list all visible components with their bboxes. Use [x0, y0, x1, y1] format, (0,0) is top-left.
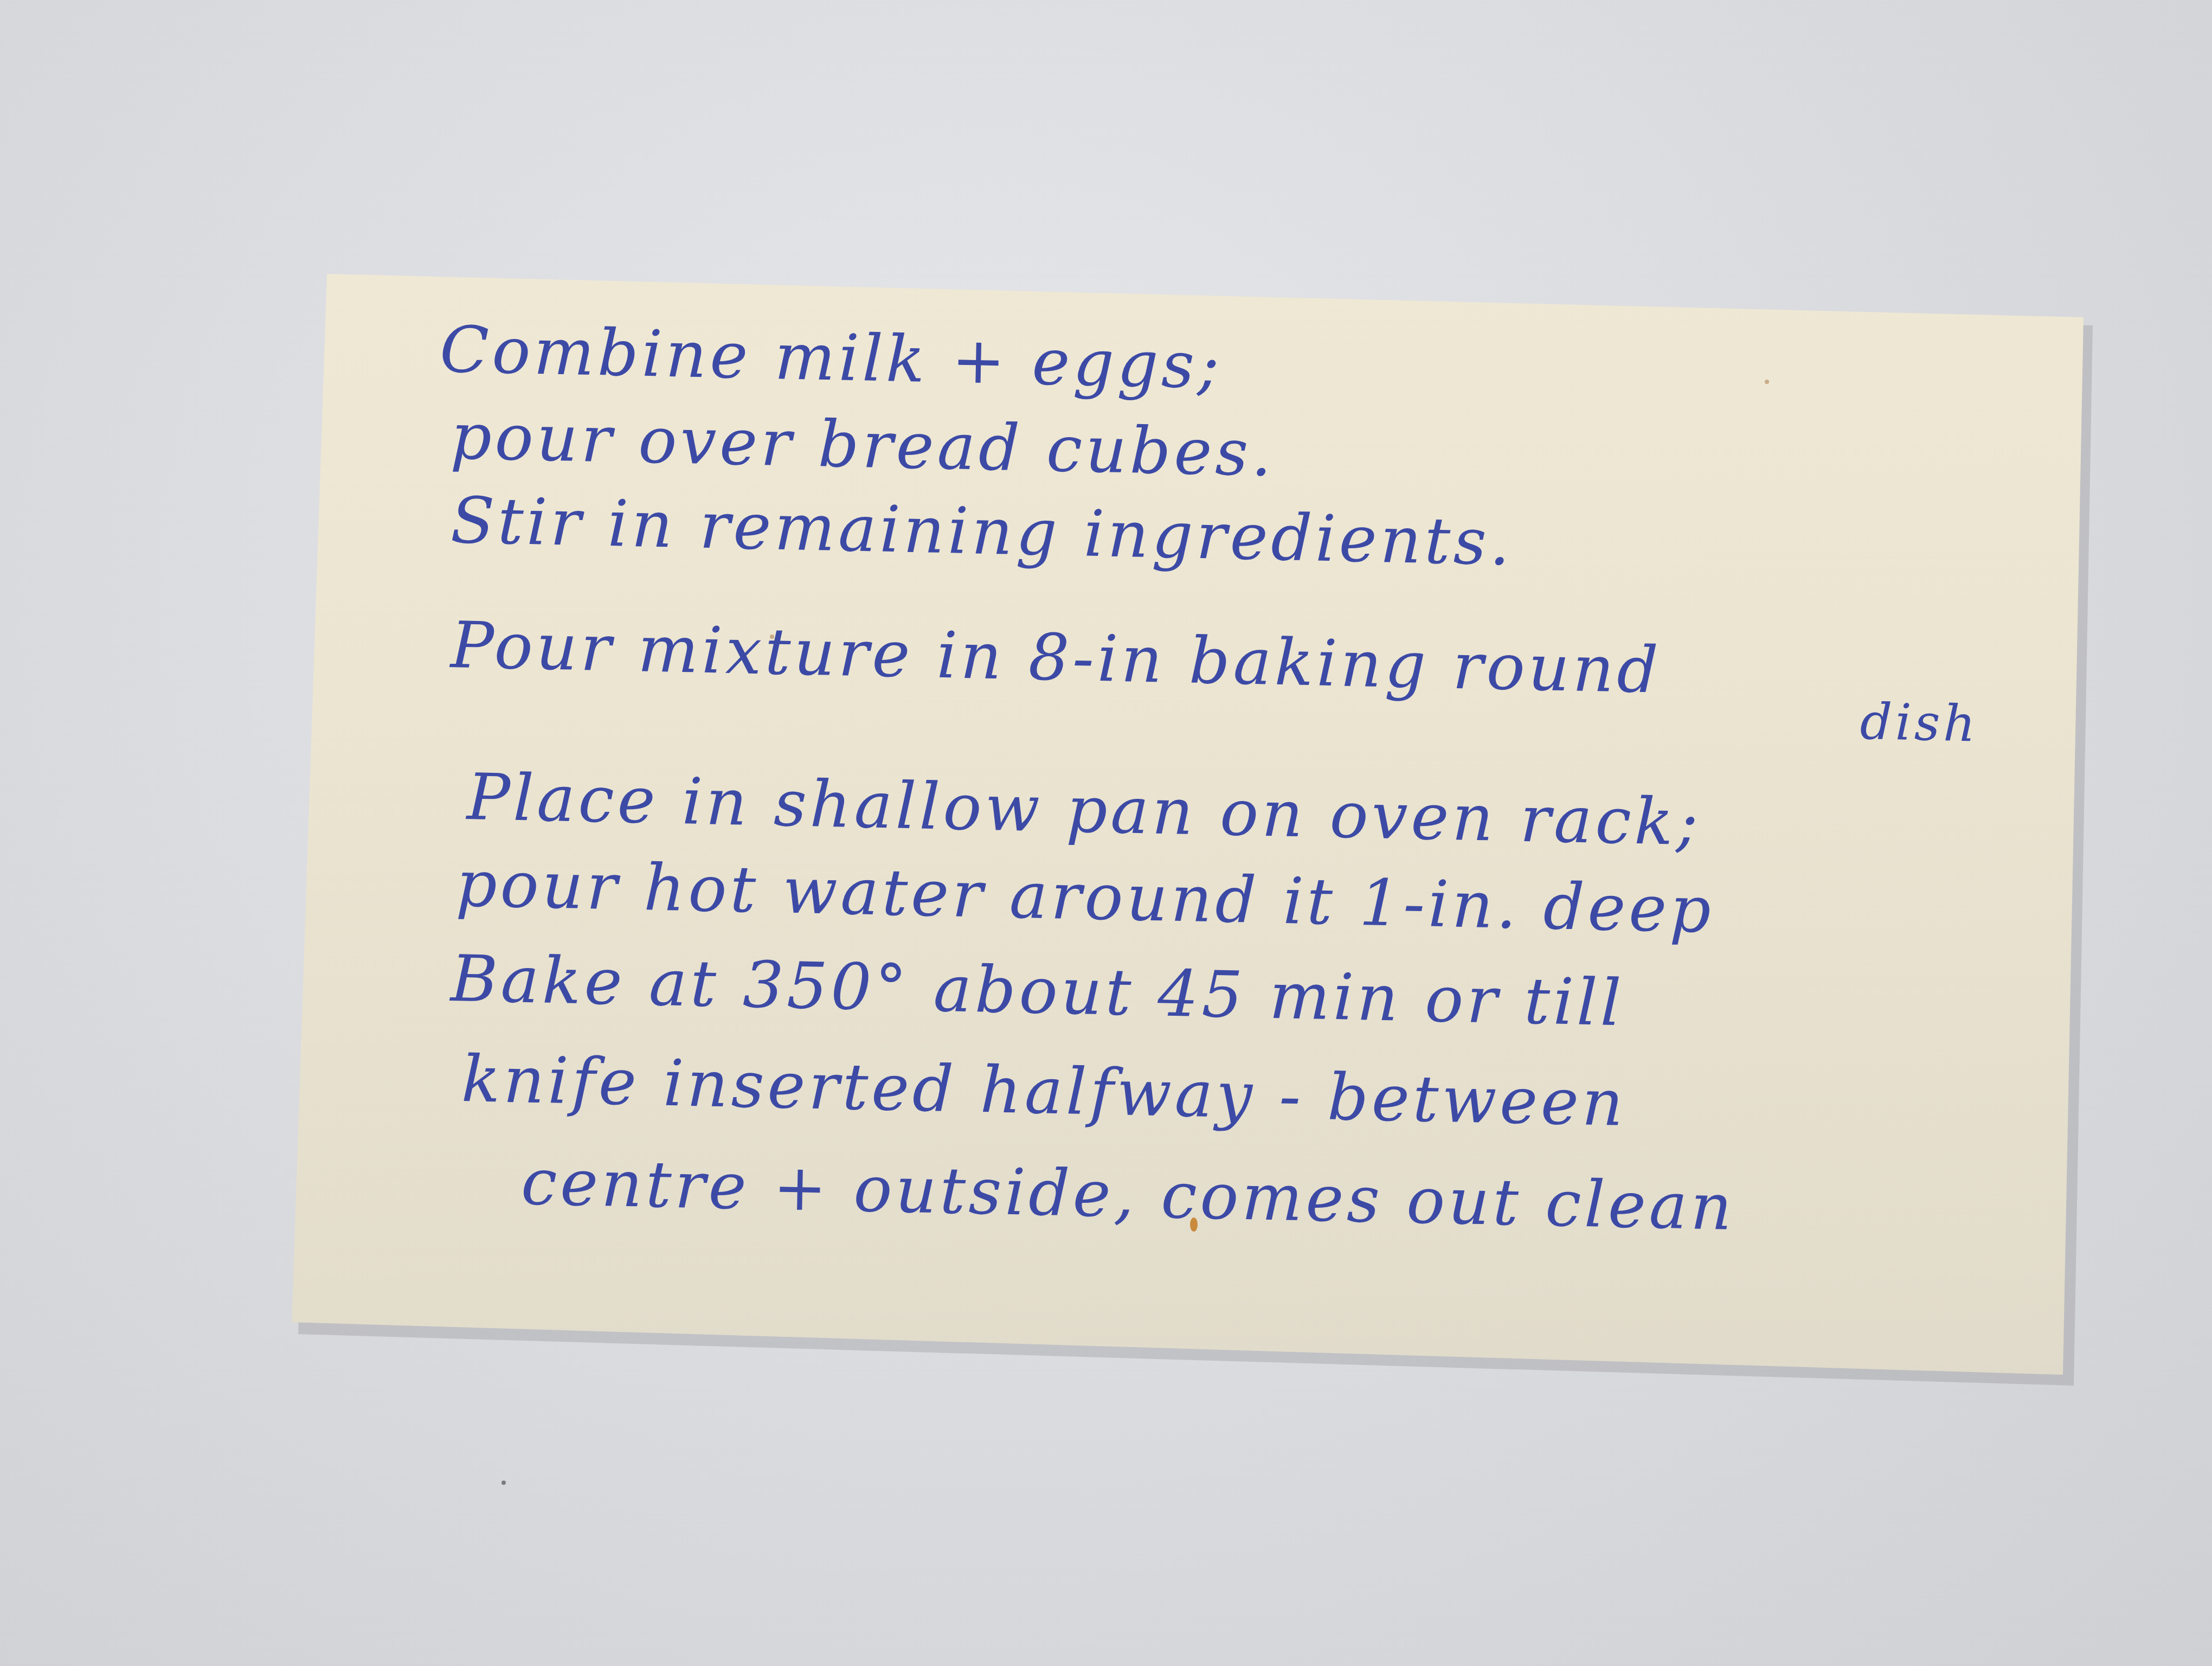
recipe-line-4-continued: dish [1860, 697, 1979, 749]
paper-speck [1765, 380, 1769, 384]
paper-stain [1190, 1218, 1198, 1232]
recipe-line-1: Combine milk + eggs; [439, 317, 1223, 398]
background-speck [501, 1481, 506, 1485]
recipe-line-2: pour over bread cubes. [450, 404, 1276, 485]
paper-speck [770, 635, 774, 639]
